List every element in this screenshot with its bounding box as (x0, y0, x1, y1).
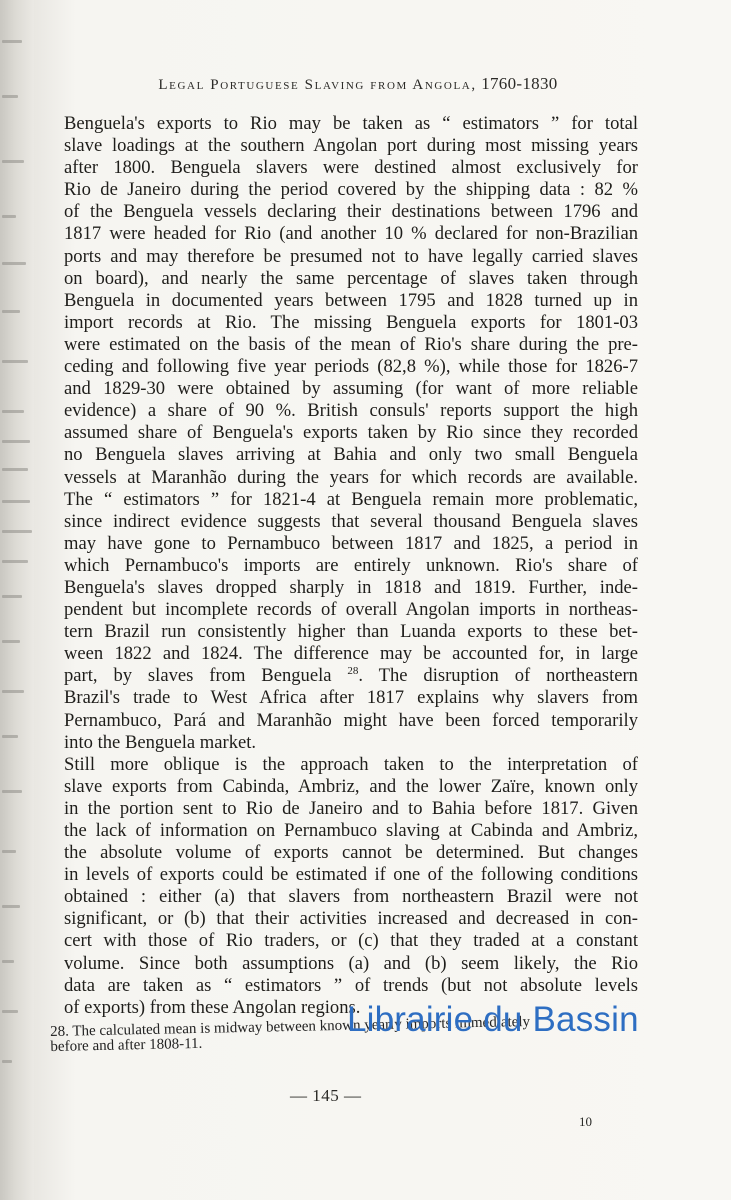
text-line-with-footnote-ref: part, by slaves from Benguela 28. The di… (64, 665, 638, 687)
text-line: no Benguela slaves arriving at Bahia and… (64, 444, 638, 466)
text-line: tern Brazil run consistently higher than… (64, 621, 638, 643)
text-line: may have gone to Pernambuco between 1817… (64, 533, 638, 555)
text-line: slave exports from Cabinda, Ambriz, and … (64, 776, 638, 798)
text-line: vessels at Maranhão during the years for… (64, 467, 638, 489)
text-line: obtained : either (a) that slavers from … (64, 886, 638, 908)
text-line: cert with those of Rio traders, or (c) t… (64, 930, 638, 952)
text-line: Benguela in documented years between 179… (64, 290, 638, 312)
text-line: in the portion sent to Rio de Janeiro an… (64, 798, 638, 820)
text-line: ceding and following five year periods (… (64, 356, 638, 378)
bookseller-watermark: Librairie du Bassin (347, 1000, 639, 1040)
facing-page-gutter (0, 0, 34, 1200)
text-line: into the Benguela market. (64, 732, 638, 754)
signature-mark: 10 (579, 1114, 592, 1130)
text-segment: . The disruption of northeastern (358, 665, 638, 686)
running-head-title: Legal Portuguese Slaving from Angola, (158, 77, 476, 93)
text-line: Still more oblique is the approach taken… (64, 754, 638, 776)
text-line: of the Benguela vessels declaring their … (64, 201, 638, 223)
text-line: on board), and nearly the same percentag… (64, 268, 638, 290)
text-line: volume. Since both assumptions (a) and (… (64, 953, 638, 975)
text-line: the lack of information on Pernambuco sl… (64, 820, 638, 842)
text-line: Benguela's exports to Rio may be taken a… (64, 113, 638, 135)
text-line: import records at Rio. The missing Bengu… (64, 312, 638, 334)
text-line: the absolute volume of exports cannot be… (64, 842, 638, 864)
text-line: and 1829-30 were obtained by assuming (f… (64, 378, 638, 400)
text-line: in levels of exports could be estimated … (64, 864, 638, 886)
paragraph-3: Still more oblique is the approach taken… (64, 754, 638, 1019)
text-line: after 1800. Benguela slavers were destin… (64, 157, 638, 179)
text-line: ports and may therefore be presumed not … (64, 246, 638, 268)
text-line: were estimated on the basis of the mean … (64, 334, 638, 356)
text-line: Brazil's trade to West Africa after 1817… (64, 687, 638, 709)
text-line: ween 1822 and 1824. The difference may b… (64, 643, 638, 665)
text-line: significant, or (b) that their activitie… (64, 908, 638, 930)
text-line: Benguela's slaves dropped sharply in 181… (64, 577, 638, 599)
text-segment: part, by slaves from Benguela (64, 665, 332, 686)
footnote-number: 28. (50, 1024, 69, 1040)
text-line: Pernambuco, Pará and Maranhão might have… (64, 710, 638, 732)
text-line: data are taken as “ estimators ” of tren… (64, 975, 638, 997)
text-line: The “ estimators ” for 1821-4 at Benguel… (64, 489, 638, 511)
text-line: Rio de Janeiro during the period covered… (64, 179, 638, 201)
paragraph-2: The “ estimators ” for 1821-4 at Benguel… (64, 489, 638, 754)
paragraph-1: Benguela's exports to Rio may be taken a… (64, 113, 638, 489)
body-text: Benguela's exports to Rio may be taken a… (64, 113, 638, 1019)
text-line: pendent but incomplete records of overal… (64, 599, 638, 621)
footnote-reference[interactable]: 28 (347, 665, 358, 677)
text-line: 1817 were headed for Rio (and another 10… (64, 223, 638, 245)
text-line: which Pernambuco's imports are entirely … (64, 555, 638, 577)
text-line: evidence) a share of 90 %. British consu… (64, 400, 638, 422)
text-line: slave loadings at the southern Angolan p… (64, 135, 638, 157)
running-head: Legal Portuguese Slaving from Angola, 17… (118, 74, 598, 94)
text-line: since indirect evidence suggests that se… (64, 511, 638, 533)
page-number: — 145 — (290, 1086, 362, 1106)
text-line: assumed share of Benguela's exports take… (64, 422, 638, 444)
running-head-years: 1760-1830 (481, 74, 557, 93)
